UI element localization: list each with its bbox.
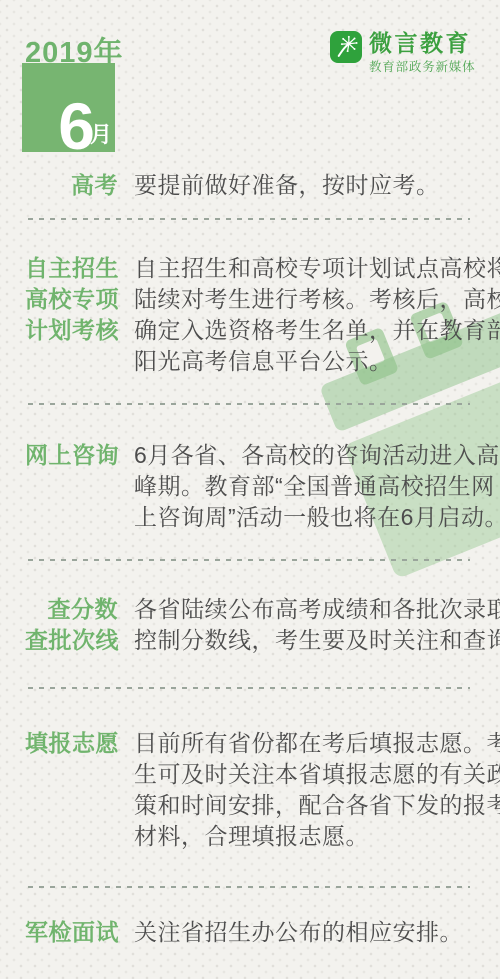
label-line: 军检面试: [25, 917, 118, 948]
label-line: 查批次线: [25, 625, 118, 656]
section-label: 自主招生 高校专项 计划考核: [0, 253, 118, 377]
section-body: 关注省招生办公布的相应安排。: [134, 917, 494, 948]
body-line: 策和时间安排，配合各省下发的报考: [134, 790, 494, 821]
body-line: 峰期。教育部“全国普通高校招生网: [134, 471, 494, 502]
label-line: 网上咨询: [25, 440, 118, 471]
body-line: 确定入选资格考生名单，并在教育部: [134, 315, 494, 346]
dandelion-icon: [330, 31, 362, 63]
section-tianbaozhiyuan: 填报志愿 目前所有省份都在考后填报志愿。考 生可及时关注本省填报志愿的有关政 策…: [0, 728, 500, 852]
weiyan-education-logo: 微言教育 教育部政务新媒体: [330, 31, 475, 75]
section-junjianmianshi: 军检面试 关注省招生办公布的相应安排。: [0, 917, 500, 948]
logo-name: 微言教育: [369, 31, 475, 55]
section-body: 自主招生和高校专项计划试点高校将 陆续对考生进行考核。考核后，高校 确定入选资格…: [134, 253, 494, 377]
body-line: 关注省招生办公布的相应安排。: [134, 917, 494, 948]
dashed-separator: [28, 403, 470, 405]
logo-text: 微言教育 教育部政务新媒体: [369, 31, 475, 75]
body-line: 要提前做好准备，按时应考。: [134, 170, 494, 201]
body-line: 生可及时关注本省填报志愿的有关政: [134, 759, 494, 790]
section-label: 查分数 查批次线: [0, 594, 118, 656]
section-chafenshu: 查分数 查批次线 各省陆续公布高考成绩和各批次录取 控制分数线，考生要及时关注和…: [0, 594, 500, 656]
june-2019-gaokao-infographic: 2019年 6 月: [0, 0, 500, 979]
body-line: 阳光高考信息平台公示。: [134, 346, 494, 377]
section-body: 要提前做好准备，按时应考。: [134, 170, 494, 201]
body-line: 各省陆续公布高考成绩和各批次录取: [134, 594, 494, 625]
body-line: 目前所有省份都在考后填报志愿。考: [134, 728, 494, 759]
label-line: 自主招生: [25, 253, 118, 284]
label-line: 填报志愿: [25, 728, 118, 759]
body-line: 控制分数线，考生要及时关注和查询。: [134, 625, 494, 656]
month-box: 6 月: [22, 63, 115, 152]
section-body: 6月各省、各高校的咨询活动进入高 峰期。教育部“全国普通高校招生网 上咨询周”活…: [134, 440, 494, 533]
dashed-separator: [28, 218, 470, 220]
body-line: 材料，合理填报志愿。: [134, 821, 494, 852]
section-label: 填报志愿: [0, 728, 118, 852]
label-line: 高考: [25, 170, 118, 201]
section-label: 高考: [0, 170, 118, 201]
body-line: 6月各省、各高校的咨询活动进入高: [134, 440, 494, 471]
section-gaokao: 高考 要提前做好准备，按时应考。: [0, 170, 500, 201]
section-zizhuzhaosheng: 自主招生 高校专项 计划考核 自主招生和高校专项计划试点高校将 陆续对考生进行考…: [0, 253, 500, 377]
section-body: 各省陆续公布高考成绩和各批次录取 控制分数线，考生要及时关注和查询。: [134, 594, 494, 656]
section-body: 目前所有省份都在考后填报志愿。考 生可及时关注本省填报志愿的有关政 策和时间安排…: [134, 728, 494, 852]
label-line: 计划考核: [25, 315, 118, 346]
section-label: 军检面试: [0, 917, 118, 948]
dashed-separator: [28, 687, 470, 689]
label-line: 高校专项: [25, 284, 118, 315]
section-wangshangzixun: 网上咨询 6月各省、各高校的咨询活动进入高 峰期。教育部“全国普通高校招生网 上…: [0, 440, 500, 533]
header: 2019年 6 月: [0, 0, 500, 152]
dashed-separator: [28, 886, 470, 888]
month-unit: 月: [90, 118, 112, 149]
body-line: 陆续对考生进行考核。考核后，高校: [134, 284, 494, 315]
logo-subtitle: 教育部政务新媒体: [369, 57, 475, 75]
body-line: 自主招生和高校专项计划试点高校将: [134, 253, 494, 284]
label-line: 查分数: [25, 594, 118, 625]
dashed-separator: [28, 559, 470, 561]
body-line: 上咨询周”活动一般也将在6月启动。: [134, 502, 494, 533]
section-label: 网上咨询: [0, 440, 118, 533]
